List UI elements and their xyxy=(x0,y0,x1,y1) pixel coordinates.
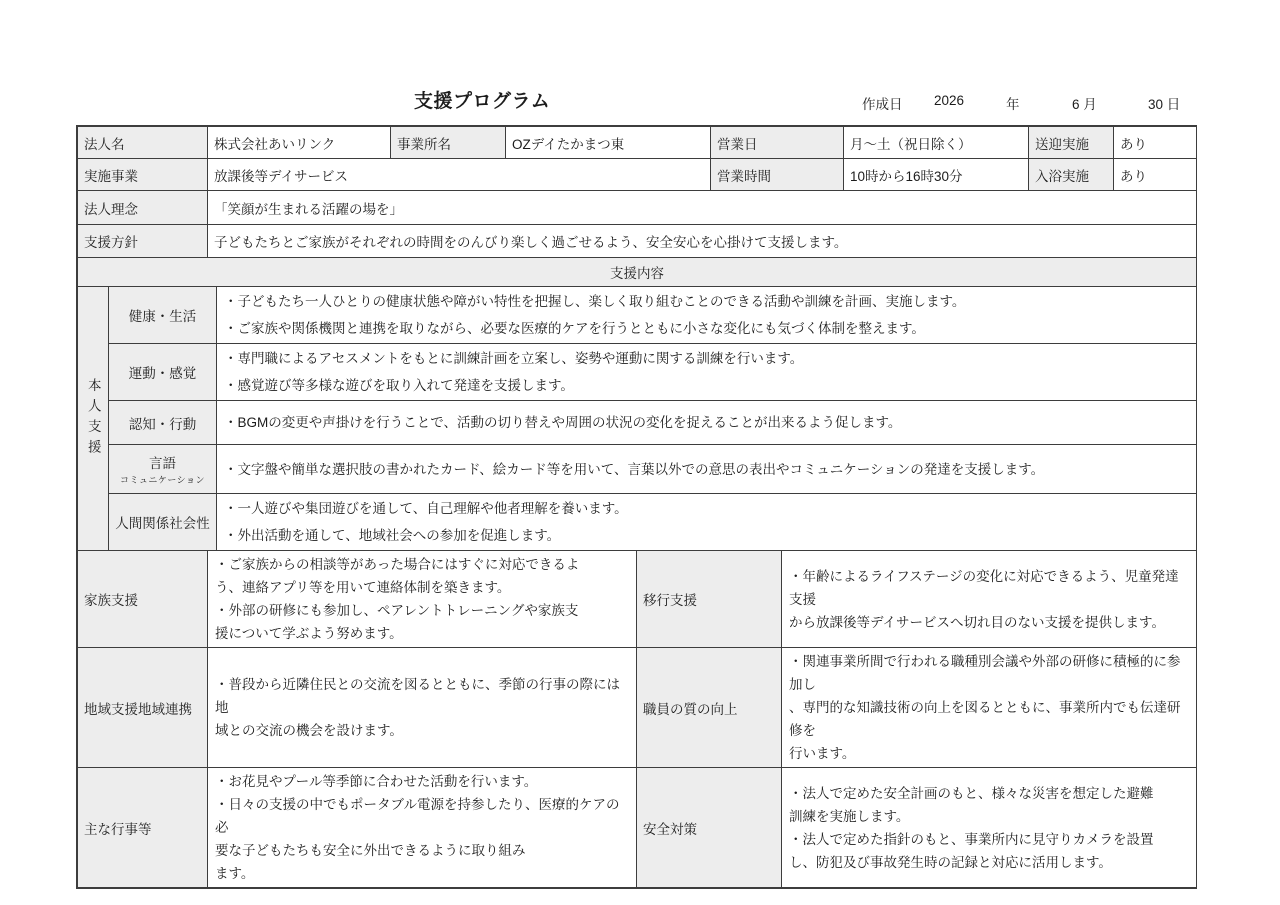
table-row: 法人名 株式会社あいリンク 事業所名 OZデイたかまつ東 営業日 月～土（祝日除… xyxy=(78,127,1197,159)
personal-support-row: 言語 コミュニケーション ・文字盤や簡単な選択肢の書かれたカード、絵カード等を用… xyxy=(78,445,1197,494)
support-content-header: 支援内容 xyxy=(78,258,1197,287)
table-row: 支援内容 xyxy=(78,258,1197,287)
business-days-label: 営業日 xyxy=(711,127,844,159)
service-type-label: 実施事業 xyxy=(78,159,208,191)
created-date-month: 6 月 xyxy=(1072,93,1097,113)
pickup-service-label: 送迎実施 xyxy=(1029,127,1114,159)
table-row: 実施事業 放課後等デイサービス 営業時間 10時から16時30分 入浴実施 あり xyxy=(78,159,1197,191)
personal-support-row: 運動・感覚 ・専門職によるアセスメントをもとに訓練計画を立案し、姿勢や運動に関す… xyxy=(78,344,1197,401)
table-row: 支援方針 子どもたちとご家族がそれぞれの時間をのんびり楽しく過ごせるよう、安全安… xyxy=(78,225,1197,258)
corp-name-value: 株式会社あいリンク xyxy=(208,127,391,159)
personal-support-group-label: 本人支援 xyxy=(78,287,109,551)
bathing-service-value: あり xyxy=(1114,159,1197,191)
created-date-year: 2026 xyxy=(934,93,964,108)
page-title: 支援プログラム xyxy=(414,86,550,113)
category-social-relations-label: 人間関係社会性 xyxy=(109,494,217,551)
personal-support-row: 本人支援 健康・生活 ・子どもたち一人ひとりの健康状態や障がい特性を把握し、楽し… xyxy=(78,287,1197,344)
support-program-table: 法人名 株式会社あいリンク 事業所名 OZデイたかまつ東 営業日 月～土（祝日除… xyxy=(76,125,1197,889)
family-support-label: 家族支援 xyxy=(78,551,208,648)
main-events-label: 主な行事等 xyxy=(78,768,208,888)
category-social-relations-content: ・一人遊びや集団遊びを通して、自己理解や他者理解を養います。 ・外出活動を通して… xyxy=(217,494,1197,551)
service-type-value: 放課後等デイサービス xyxy=(208,159,711,191)
category-motor-sensory-content: ・専門職によるアセスメントをもとに訓練計画を立案し、姿勢や運動に関する訓練を行い… xyxy=(217,344,1197,401)
category-communication-text: コミュニケーション xyxy=(111,473,214,486)
facility-info-table: 法人名 株式会社あいリンク 事業所名 OZデイたかまつ東 営業日 月～土（祝日除… xyxy=(77,126,1197,287)
business-hours-value: 10時から16時30分 xyxy=(844,159,1029,191)
staff-quality-content: ・関連事業所間で行われる職種別会議や外部の研修に積極的に参加し 、専門的な知識技… xyxy=(782,648,1197,768)
created-date-label: 作成日 xyxy=(862,93,903,113)
table-row: 法人理念 「笑顔が生まれる活躍の場を」 xyxy=(78,191,1197,225)
main-events-content: ・お花見やプール等季節に合わせた活動を行います。 ・日々の支援の中でもポータブル… xyxy=(208,768,637,888)
personal-support-table: 本人支援 健康・生活 ・子どもたち一人ひとりの健康状態や障がい特性を把握し、楽し… xyxy=(77,286,1197,551)
category-motor-sensory-label: 運動・感覚 xyxy=(109,344,217,401)
safety-measures-content: ・法人で定めた安全計画のもと、様々な災害を想定した避難 訓練を実施します。 ・法… xyxy=(782,768,1197,888)
category-health-life-label: 健康・生活 xyxy=(109,287,217,344)
other-support-table: 家族支援 ・ご家族からの相談等があった場合にはすぐに対応できるよ う、連絡アプリ… xyxy=(77,550,1197,888)
table-row: 地域支援地域連携 ・普段から近隣住民との交流を図るとともに、季節の行事の際には地… xyxy=(78,648,1197,768)
category-health-life-content: ・子どもたち一人ひとりの健康状態や障がい特性を把握し、楽しく取り組むことのできる… xyxy=(217,287,1197,344)
table-row: 家族支援 ・ご家族からの相談等があった場合にはすぐに対応できるよ う、連絡アプリ… xyxy=(78,551,1197,648)
philosophy-label: 法人理念 xyxy=(78,191,208,225)
category-language-communication-label: 言語 コミュニケーション xyxy=(109,445,217,494)
family-support-content: ・ご家族からの相談等があった場合にはすぐに対応できるよ う、連絡アプリ等を用いて… xyxy=(208,551,637,648)
created-date-year-unit: 年 xyxy=(1006,93,1020,113)
support-policy-label: 支援方針 xyxy=(78,225,208,258)
bathing-service-label: 入浴実施 xyxy=(1029,159,1114,191)
community-support-content: ・普段から近隣住民との交流を図るとともに、季節の行事の際には地 域との交流の機会… xyxy=(208,648,637,768)
business-days-value: 月～土（祝日除く） xyxy=(844,127,1029,159)
community-support-label: 地域支援地域連携 xyxy=(78,648,208,768)
created-date-day: 30 日 xyxy=(1148,93,1180,113)
personal-support-row: 人間関係社会性 ・一人遊びや集団遊びを通して、自己理解や他者理解を養います。 ・… xyxy=(78,494,1197,551)
personal-support-row: 認知・行動 ・BGMの変更や声掛けを行うことで、活動の切り替えや周囲の状況の変化… xyxy=(78,401,1197,445)
philosophy-value: 「笑顔が生まれる活躍の場を」 xyxy=(208,191,1197,225)
staff-quality-label: 職員の質の向上 xyxy=(637,648,782,768)
office-name-value: OZデイたかまつ東 xyxy=(506,127,711,159)
category-language-text: 言語 xyxy=(111,452,214,472)
corp-name-label: 法人名 xyxy=(78,127,208,159)
category-language-communication-content: ・文字盤や簡単な選択肢の書かれたカード、絵カード等を用いて、言葉以外での意思の表… xyxy=(217,445,1197,494)
pickup-service-value: あり xyxy=(1114,127,1197,159)
transition-support-content: ・年齢によるライフステージの変化に対応できるよう、児童発達支援 から放課後等デイ… xyxy=(782,551,1197,648)
support-policy-value: 子どもたちとご家族がそれぞれの時間をのんびり楽しく過ごせるよう、安全安心を心掛け… xyxy=(208,225,1197,258)
category-cognition-behavior-content: ・BGMの変更や声掛けを行うことで、活動の切り替えや周囲の状況の変化を捉えること… xyxy=(217,401,1197,445)
safety-measures-label: 安全対策 xyxy=(637,768,782,888)
category-cognition-behavior-label: 認知・行動 xyxy=(109,401,217,445)
business-hours-label: 営業時間 xyxy=(711,159,844,191)
table-row: 主な行事等 ・お花見やプール等季節に合わせた活動を行います。 ・日々の支援の中で… xyxy=(78,768,1197,888)
transition-support-label: 移行支援 xyxy=(637,551,782,648)
office-name-label: 事業所名 xyxy=(391,127,506,159)
personal-support-group-text: 本人支援 xyxy=(86,378,100,460)
